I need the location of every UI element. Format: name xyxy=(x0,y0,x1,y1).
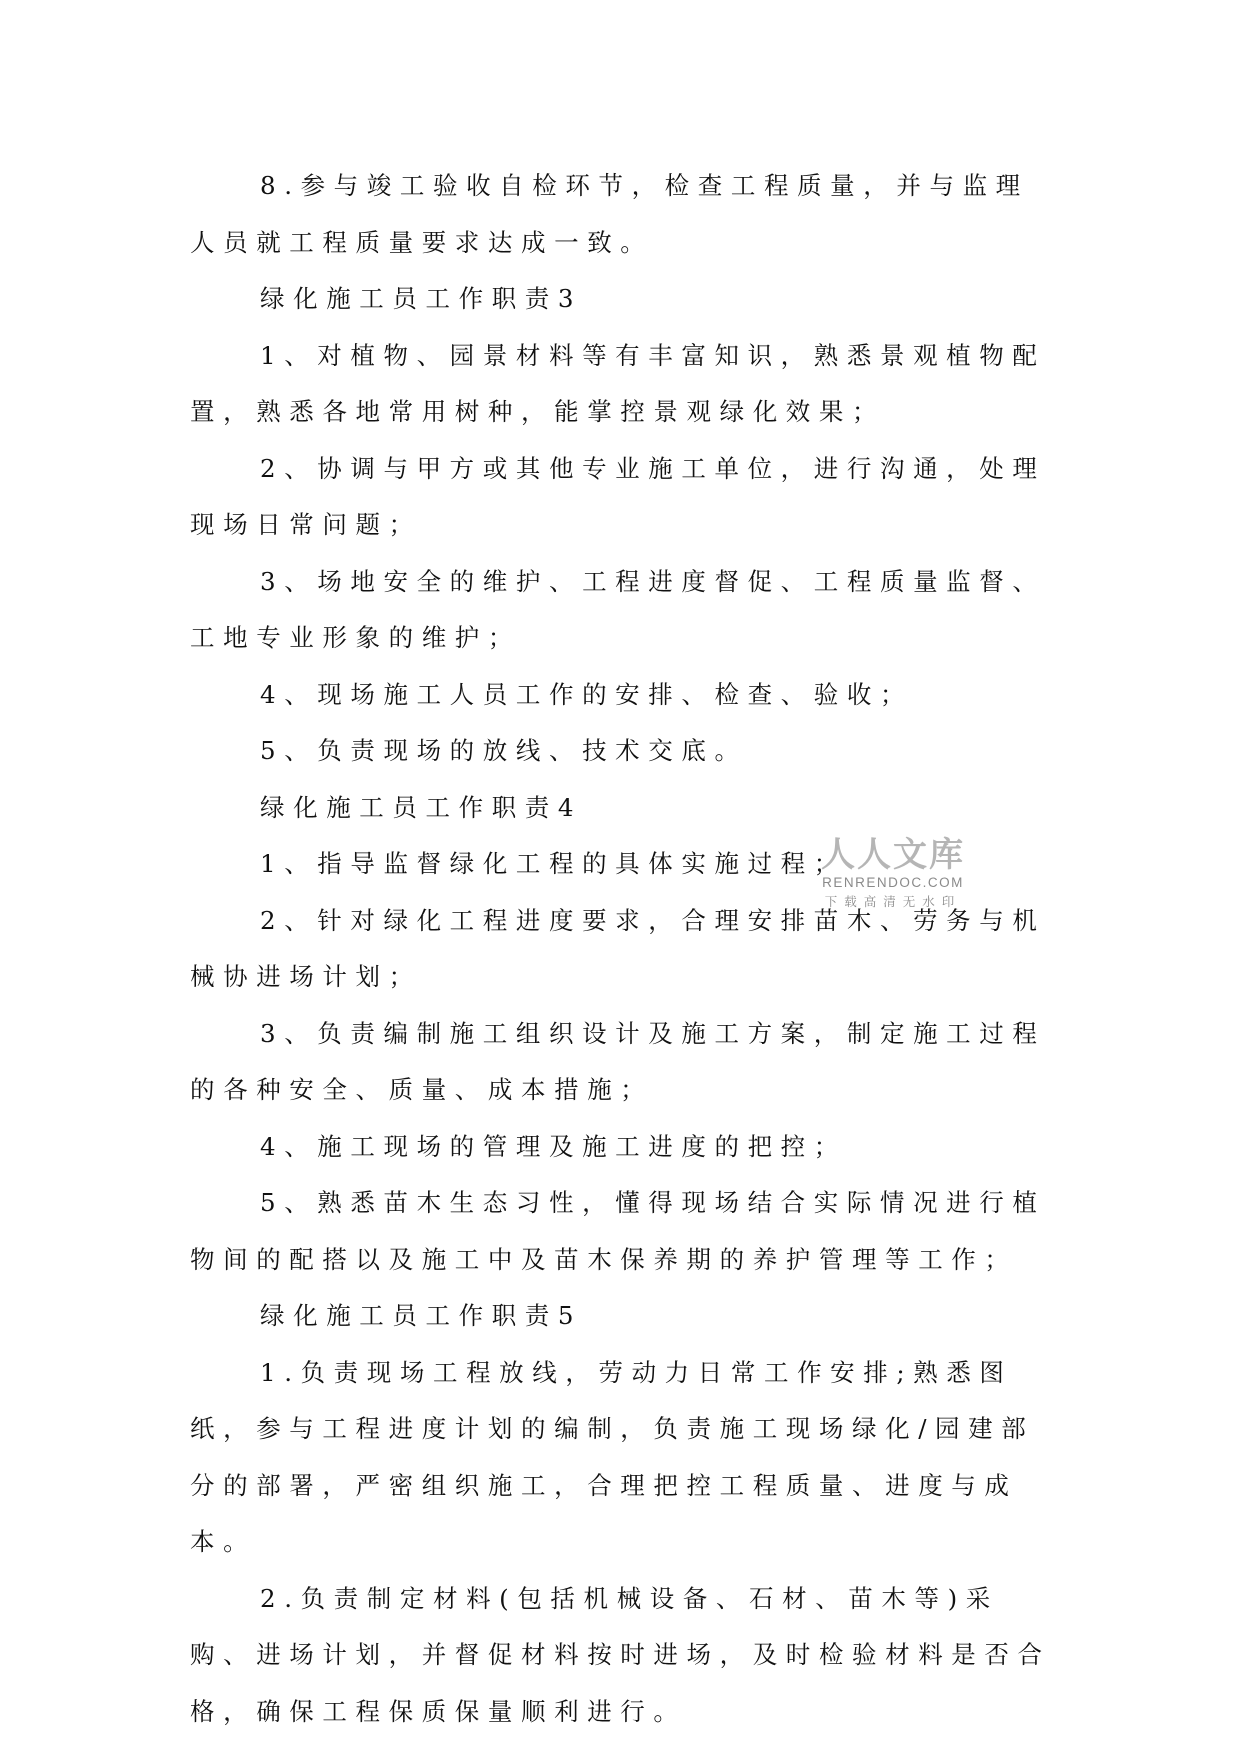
paragraph-item: 5、熟悉苗木生态习性，懂得现场结合实际情况进行植物间的配搭以及施工中及苗木保养期… xyxy=(190,1175,1060,1288)
document-page: 8.参与竣工验收自检环节，检查工程质量，并与监理人员就工程质量要求达成一致。 绿… xyxy=(0,0,1240,1753)
paragraph-item: 1.负责现场工程放线，劳动力日常工作安排;熟悉图纸，参与工程进度计划的编制，负责… xyxy=(190,1345,1060,1571)
paragraph-item: 4、现场施工人员工作的安排、检查、验收； xyxy=(190,667,1060,724)
section-heading: 绿化施工员工作职责5 xyxy=(190,1288,1060,1345)
paragraph-item: 4、施工现场的管理及施工进度的把控； xyxy=(190,1119,1060,1176)
paragraph-item: 3、场地安全的维护、工程进度督促、工程质量监督、工地专业形象的维护； xyxy=(190,554,1060,667)
paragraph-item: 5、负责现场的放线、技术交底。 xyxy=(190,723,1060,780)
section-heading: 绿化施工员工作职责4 xyxy=(190,780,1060,837)
section-heading: 绿化施工员工作职责3 xyxy=(190,271,1060,328)
paragraph-item: 2、针对绿化工程进度要求，合理安排苗木、劳务与机械协进场计划； xyxy=(190,893,1060,1006)
paragraph-item: 1、对植物、园景材料等有丰富知识，熟悉景观植物配置，熟悉各地常用树种，能掌控景观… xyxy=(190,328,1060,441)
paragraph-item: 8.参与竣工验收自检环节，检查工程质量，并与监理人员就工程质量要求达成一致。 xyxy=(190,158,1060,271)
paragraph-item: 2.负责制定材料(包括机械设备、石材、苗木等)采购、进场计划，并督促材料按时进场… xyxy=(190,1571,1060,1741)
paragraph-item: 3、负责编制施工组织设计及施工方案，制定施工过程的各种安全、质量、成本措施； xyxy=(190,1006,1060,1119)
paragraph-item: 1、指导监督绿化工程的具体实施过程； xyxy=(190,836,1060,893)
paragraph-item: 2、协调与甲方或其他专业施工单位，进行沟通，处理现场日常问题； xyxy=(190,441,1060,554)
document-body: 8.参与竣工验收自检环节，检查工程质量，并与监理人员就工程质量要求达成一致。 绿… xyxy=(190,158,1060,1740)
